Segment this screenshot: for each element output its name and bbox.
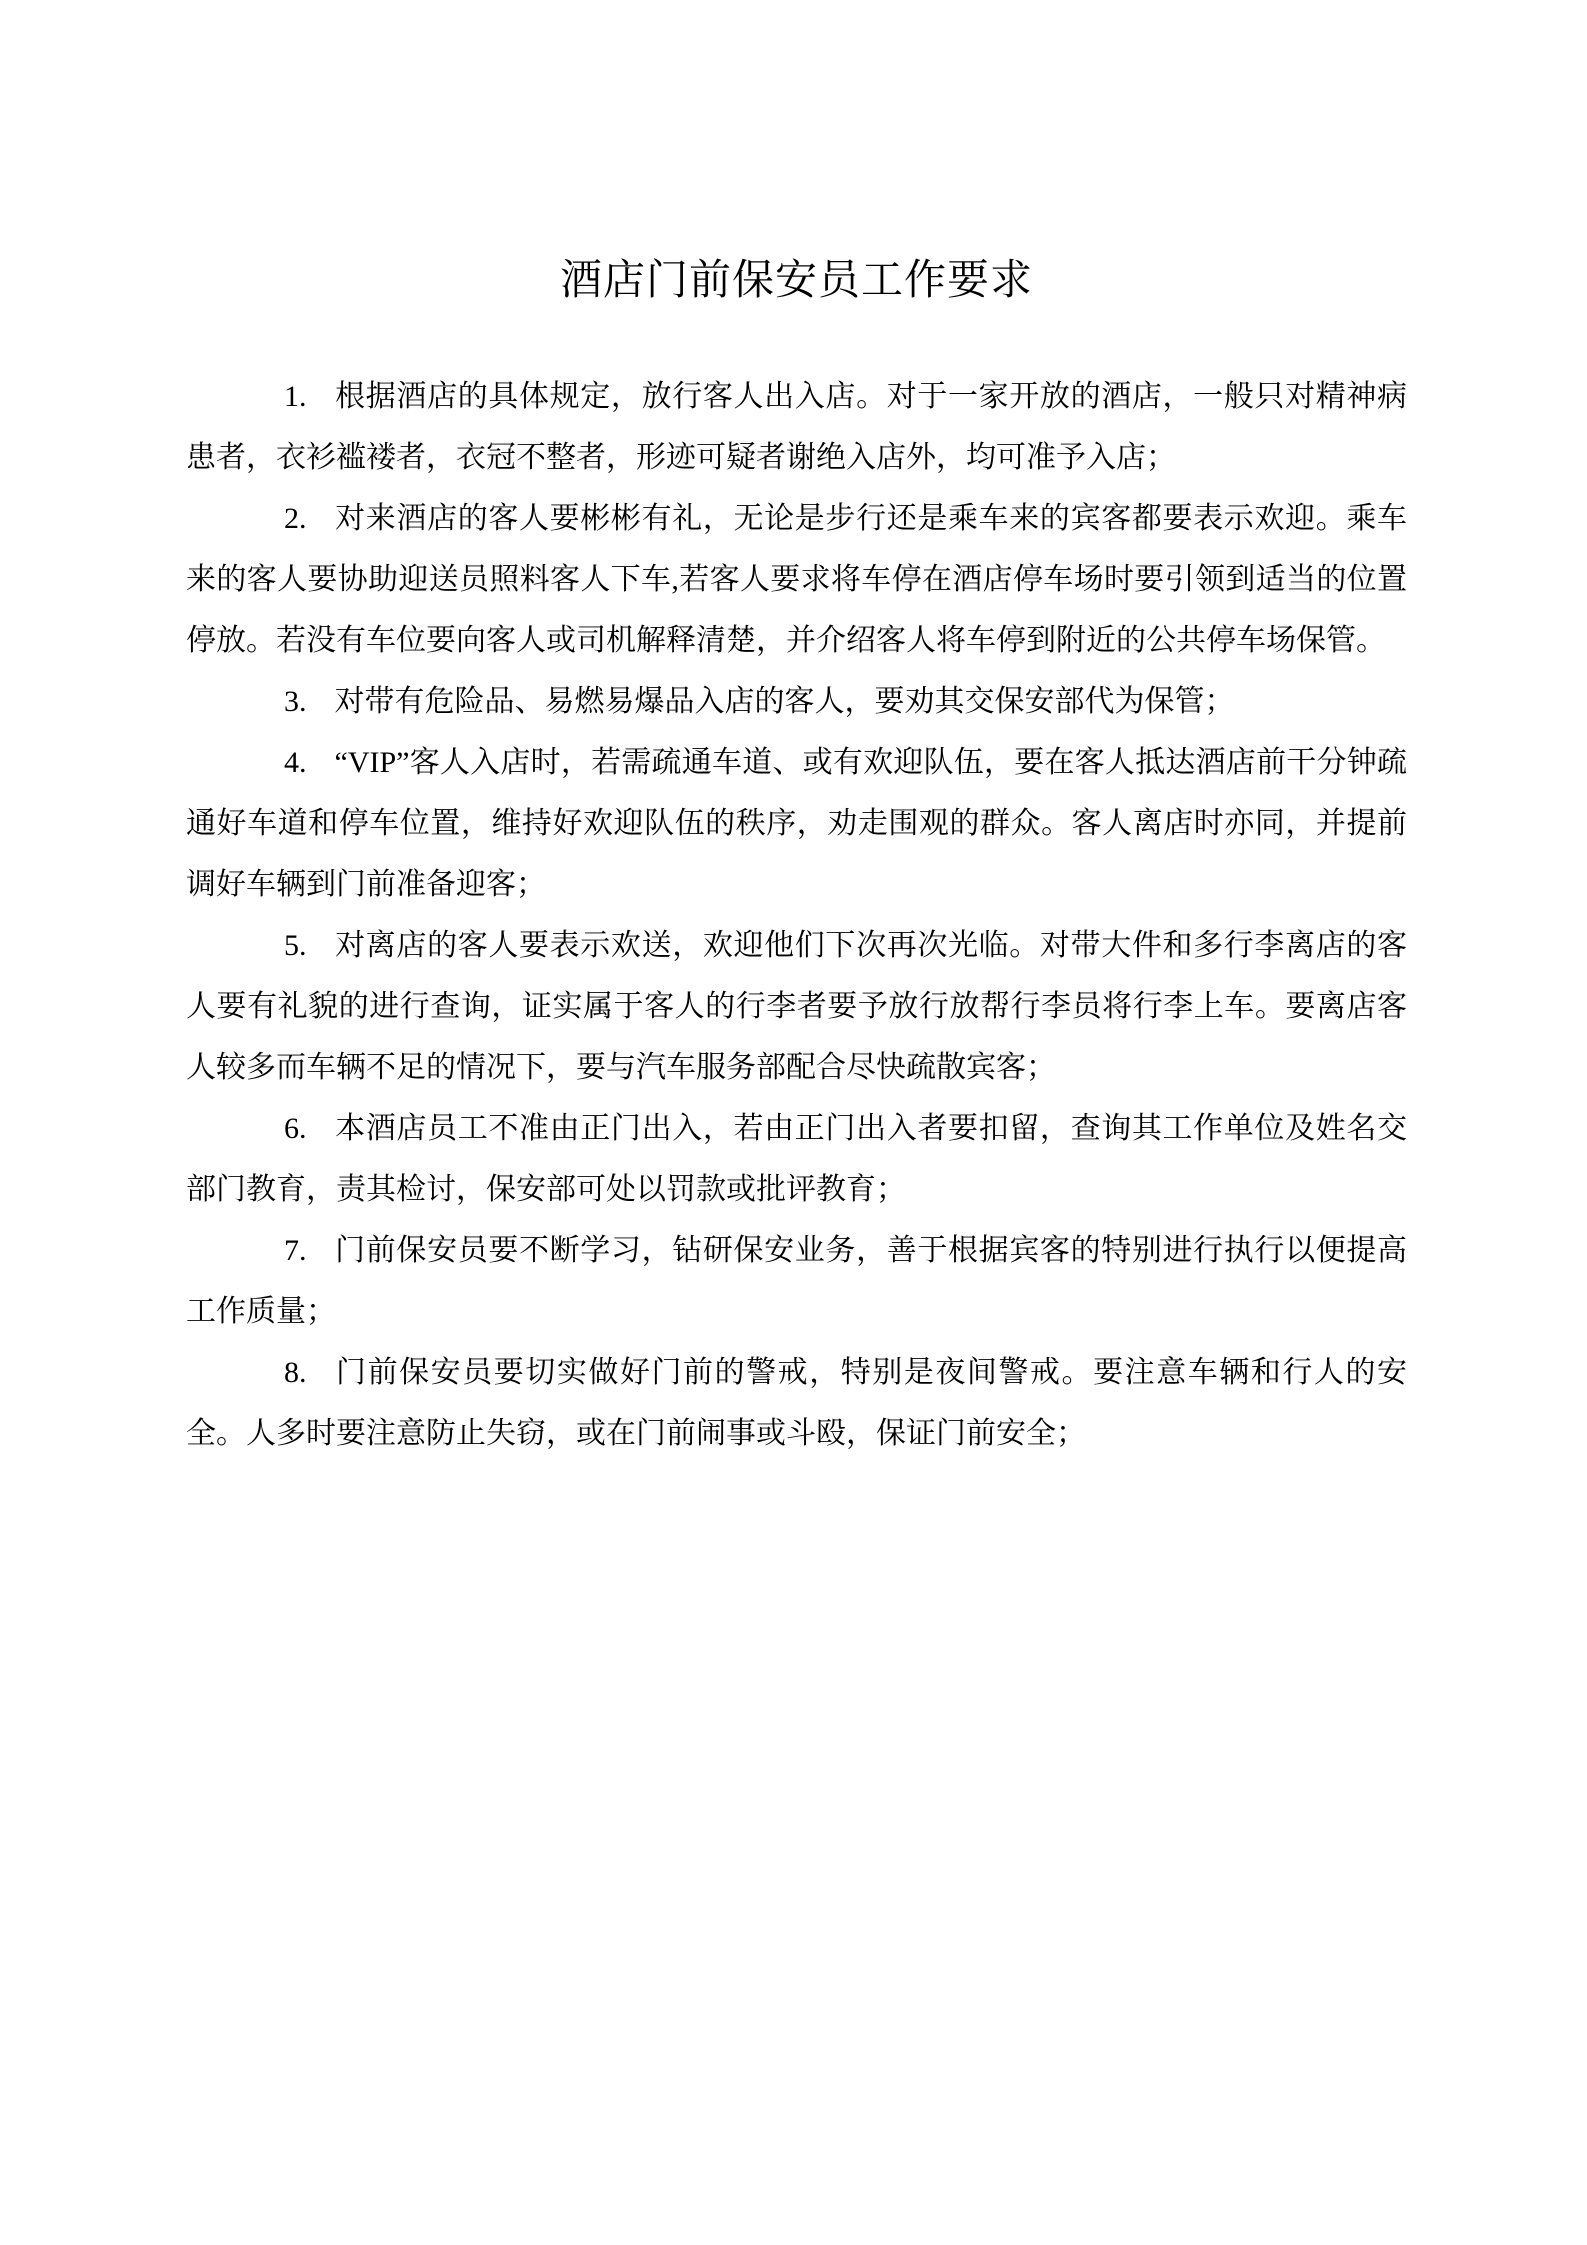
paragraph-1-text: 根据酒店的具体规定，放行客人出入店。对于一家开放的酒店，一般只对精神病患者，衣衫… xyxy=(186,380,1407,474)
list-number-8: 8. xyxy=(284,1342,307,1403)
paragraph-3: 3.对带有危险品、易燃易爆品入店的客人，要劝其交保安部代为保管； xyxy=(186,671,1407,732)
paragraph-8-text: 门前保安员要切实做好门前的警戒，特别是夜间警戒。要注意车辆和行人的安全。人多时要… xyxy=(186,1356,1407,1450)
list-number-1: 1. xyxy=(284,366,307,427)
paragraph-4-text: “VIP”客人入店时，若需疏通车道、或有欢迎队伍，要在客人抵达酒店前干分钟疏通好… xyxy=(186,746,1407,901)
document-body: 1.根据酒店的具体规定，放行客人出入店。对于一家开放的酒店，一般只对精神病患者，… xyxy=(186,366,1407,1464)
document-page: 酒店门前保安员工作要求 1.根据酒店的具体规定，放行客人出入店。对于一家开放的酒… xyxy=(0,0,1587,2245)
list-number-6: 6. xyxy=(284,1098,307,1159)
list-number-5: 5. xyxy=(284,915,307,976)
paragraph-7-text: 门前保安员要不断学习，钻研保安业务，善于根据宾客的特别进行执行以便提高工作质量； xyxy=(186,1234,1407,1328)
paragraph-6: 6.本酒店员工不准由正门出入，若由正门出入者要扣留，查询其工作单位及姓名交部门教… xyxy=(186,1098,1407,1220)
paragraph-2-text: 对来酒店的客人要彬彬有礼，无论是步行还是乘车来的宾客都要表示欢迎。乘车来的客人要… xyxy=(186,502,1407,657)
paragraph-8: 8.门前保安员要切实做好门前的警戒，特别是夜间警戒。要注意车辆和行人的安全。人多… xyxy=(186,1342,1407,1464)
paragraph-5: 5.对离店的客人要表示欢送，欢迎他们下次再次光临。对带大件和多行李离店的客人要有… xyxy=(186,915,1407,1098)
paragraph-4: 4.“VIP”客人入店时，若需疏通车道、或有欢迎队伍，要在客人抵达酒店前干分钟疏… xyxy=(186,732,1407,915)
paragraph-1: 1.根据酒店的具体规定，放行客人出入店。对于一家开放的酒店，一般只对精神病患者，… xyxy=(186,366,1407,488)
paragraph-2: 2.对来酒店的客人要彬彬有礼，无论是步行还是乘车来的宾客都要表示欢迎。乘车来的客… xyxy=(186,488,1407,671)
list-number-2: 2. xyxy=(284,488,307,549)
paragraph-5-text: 对离店的客人要表示欢送，欢迎他们下次再次光临。对带大件和多行李离店的客人要有礼貌… xyxy=(186,929,1407,1084)
list-number-7: 7. xyxy=(284,1220,307,1281)
paragraph-6-text: 本酒店员工不准由正门出入，若由正门出入者要扣留，查询其工作单位及姓名交部门教育，… xyxy=(186,1112,1407,1206)
list-number-4: 4. xyxy=(284,732,307,793)
paragraph-7: 7.门前保安员要不断学习，钻研保安业务，善于根据宾客的特别进行执行以便提高工作质… xyxy=(186,1220,1407,1342)
page-title: 酒店门前保安员工作要求 xyxy=(186,248,1407,312)
list-number-3: 3. xyxy=(284,671,307,732)
paragraph-3-text: 对带有危险品、易燃易爆品入店的客人，要劝其交保安部代为保管； xyxy=(335,685,1235,718)
